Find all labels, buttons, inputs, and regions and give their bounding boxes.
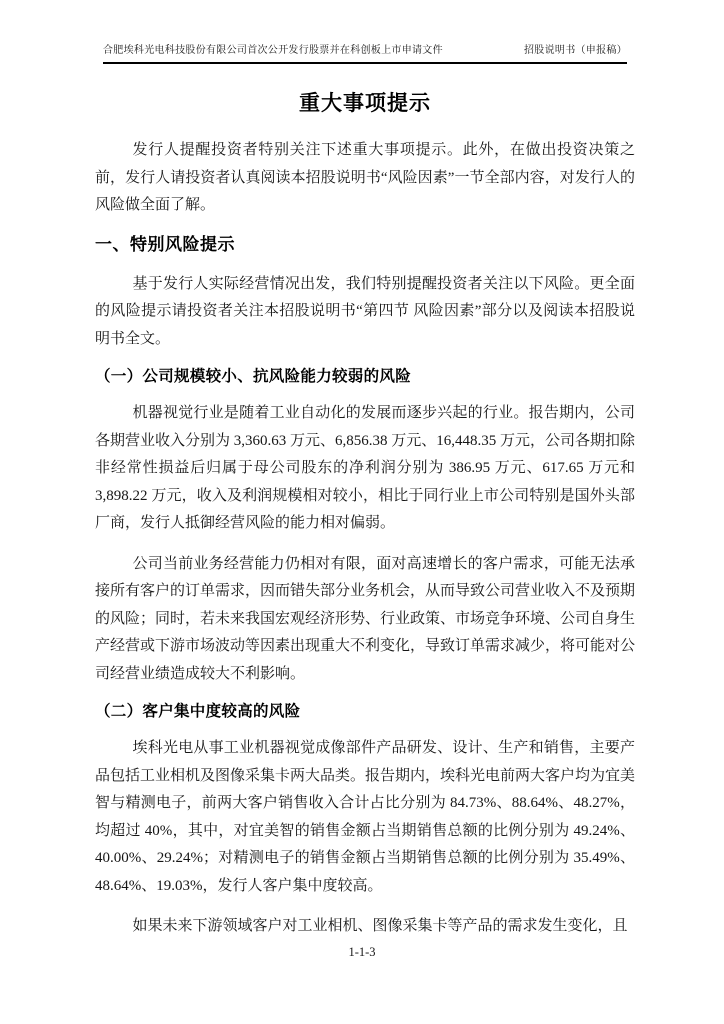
running-header: 合肥埃科光电科技股份有限公司首次公开发行股票并在科创板上市申请文件 招股说明书（…: [103, 44, 627, 64]
page-number: 1-1-3: [0, 944, 724, 960]
subsection-heading-customer-concentration-risk: （二）客户集中度较高的风险: [95, 701, 635, 723]
header-document-type: 招股说明书（申报稿）: [524, 44, 627, 57]
body-paragraph: 机器视觉行业是随着工业自动化的发展而逐步兴起的行业。报告期内，公司各期营业收入分…: [95, 400, 635, 538]
intro-paragraph: 发行人提醒投资者特别关注下述重大事项提示。此外，在做出投资决策之前，发行人请投资…: [95, 137, 635, 220]
subsection-heading-small-scale-risk: （一）公司规模较小、抗风险能力较弱的风险: [95, 366, 635, 388]
body-paragraph: 如果未来下游领域客户对工业相机、图像采集卡等产品的需求发生变化，且: [95, 913, 635, 941]
section-lead-paragraph: 基于发行人实际经营情况出发，我们特别提醒投资者关注以下风险。更全面的风险提示请投…: [95, 271, 635, 354]
header-document-title: 合肥埃科光电科技股份有限公司首次公开发行股票并在科创板上市申请文件: [103, 44, 443, 57]
section-heading-special-risks: 一、特别风险提示: [95, 233, 635, 257]
document-page: 合肥埃科光电科技股份有限公司首次公开发行股票并在科创板上市申请文件 招股说明书（…: [0, 0, 724, 1024]
body-paragraph: 埃科光电从事工业机器视觉成像部件产品研发、设计、生产和销售，主要产品包括工业相机…: [95, 735, 635, 900]
body-paragraph: 公司当前业务经营能力仍相对有限，面对高速增长的客户需求，可能无法承接所有客户的订…: [95, 551, 635, 689]
page-title: 重大事项提示: [95, 90, 635, 118]
